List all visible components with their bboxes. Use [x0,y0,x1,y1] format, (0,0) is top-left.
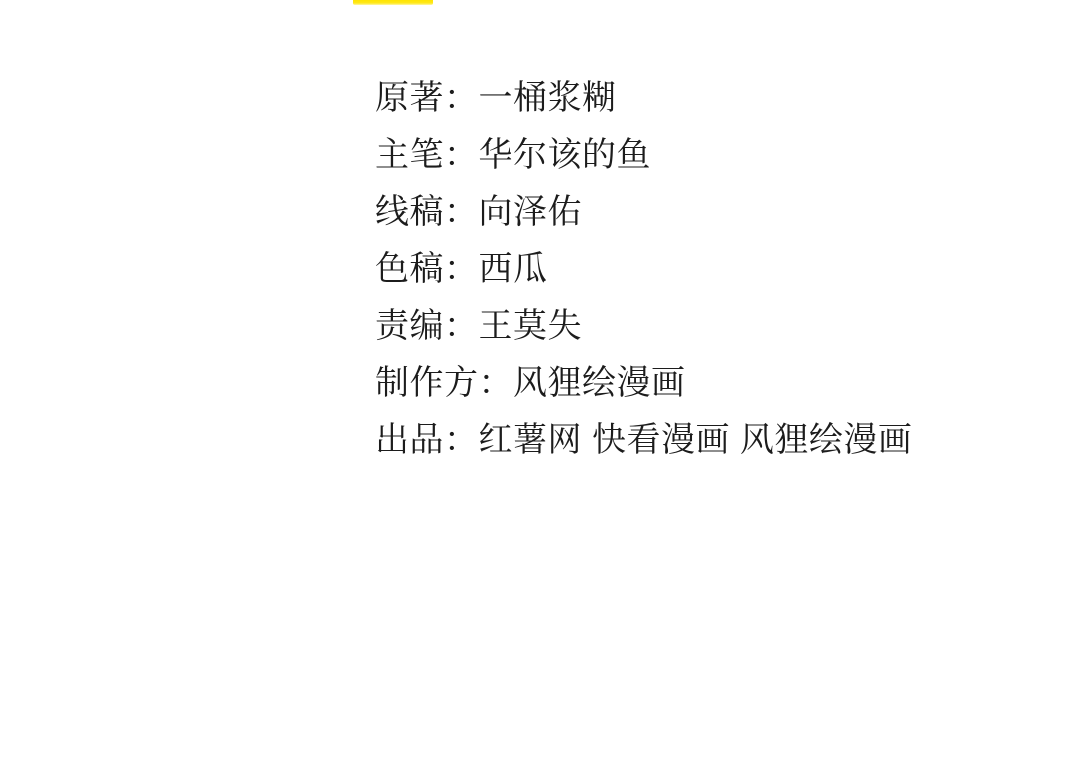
credit-line-line-art: 线稿：向泽佑 [375,192,912,249]
credit-line-lead-artist: 主笔：华尔该的鱼 [375,135,912,192]
credit-line-coloring: 色稿：西瓜 [375,249,912,306]
credit-line-editor: 责编：王莫失 [375,306,912,363]
credits-block: 原著：一桶浆糊 主笔：华尔该的鱼 线稿：向泽佑 色稿：西瓜 责编：王莫失 制作方… [375,78,912,477]
credit-line-producer: 制作方：风狸绘漫画 [375,363,912,420]
comic-credits-page: 原著：一桶浆糊 主笔：华尔该的鱼 线稿：向泽佑 色稿：西瓜 责编：王莫失 制作方… [0,0,1080,776]
credit-line-original-author: 原著：一桶浆糊 [375,78,912,135]
credit-line-publisher: 出品：红薯网 快看漫画 风狸绘漫画 [375,420,912,477]
yellow-highlight-remnant [353,0,433,5]
